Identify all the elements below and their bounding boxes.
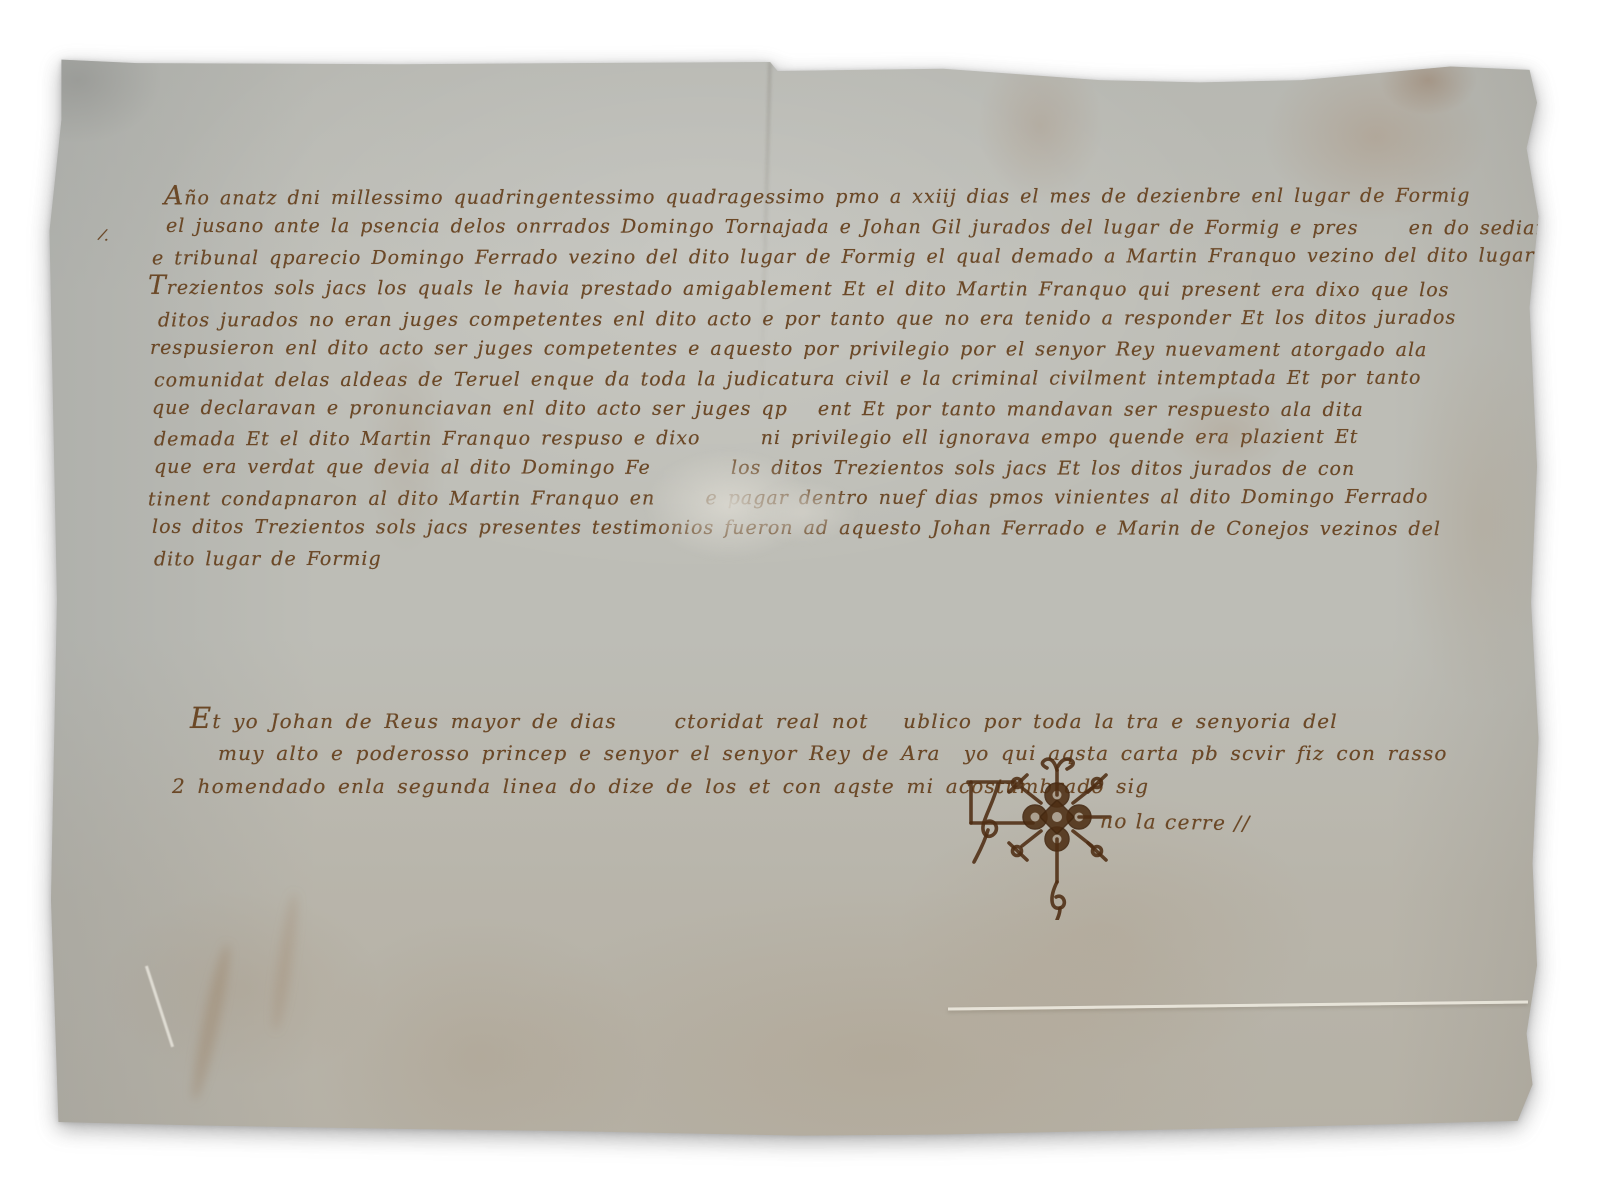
manuscript-line: Trezientos sols jacs los quals le havia …	[148, 271, 1450, 306]
manuscript-line: tinent condapnaron al dito Martin Franqu…	[148, 483, 1450, 516]
notary-line: Et yo Johan de Reus mayor de dias ctorid…	[190, 702, 1390, 737]
manuscript-line: Año anatz dni millessimo quadringentessi…	[164, 179, 1450, 214]
manuscript-line: dito lugar de Formig	[154, 542, 1450, 575]
notarial-sign-icon	[960, 750, 1120, 920]
manuscript-line: respusieron enl dito acto ser juges comp…	[150, 334, 1450, 366]
crack-line	[145, 966, 174, 1048]
manuscript-line: que era verdat que devia al dito Domingo…	[154, 453, 1450, 485]
stain-streak	[187, 942, 236, 1102]
notary-line: 2 homendado enla segunda linea do dize d…	[172, 770, 1390, 802]
margin-mark: /.	[98, 225, 112, 245]
manuscript-line: comunidat delas aldeas de Teruel enque d…	[154, 363, 1450, 396]
sign-caption: no la cerre //	[1100, 809, 1251, 836]
notary-line: muy alto e poderosso princep e senyor el…	[218, 737, 1390, 769]
horizontal-crease	[948, 1000, 1528, 1010]
notary-subscription: Et yo Johan de Reus mayor de dias ctorid…	[190, 702, 1390, 802]
photo-background: /. Año anatz dni millessimo quadringente…	[0, 0, 1600, 1200]
manuscript-line: que declaravan e pronunciavan enl dito a…	[152, 393, 1450, 425]
stain-streak	[268, 892, 301, 1033]
manuscript-line: el jusano ante la psencia delos onrrados…	[166, 212, 1450, 244]
parchment-shadow: /. Año anatz dni millessimo quadringente…	[0, 0, 1600, 1200]
manuscript-line: los ditos Trezientos sols jacs presentes…	[152, 513, 1450, 545]
manuscript-line: e tribunal qparecio Domingo Ferrado vezi…	[152, 241, 1450, 274]
manuscript-line: ditos jurados no eran juges competentes …	[158, 304, 1450, 337]
manuscript-body-text: Año anatz dni millessimo quadringentessi…	[160, 180, 1450, 573]
parchment: /. Año anatz dni millessimo quadringente…	[48, 12, 1540, 1147]
manuscript-line: demada Et el dito Martin Franquo respuso…	[154, 423, 1450, 456]
